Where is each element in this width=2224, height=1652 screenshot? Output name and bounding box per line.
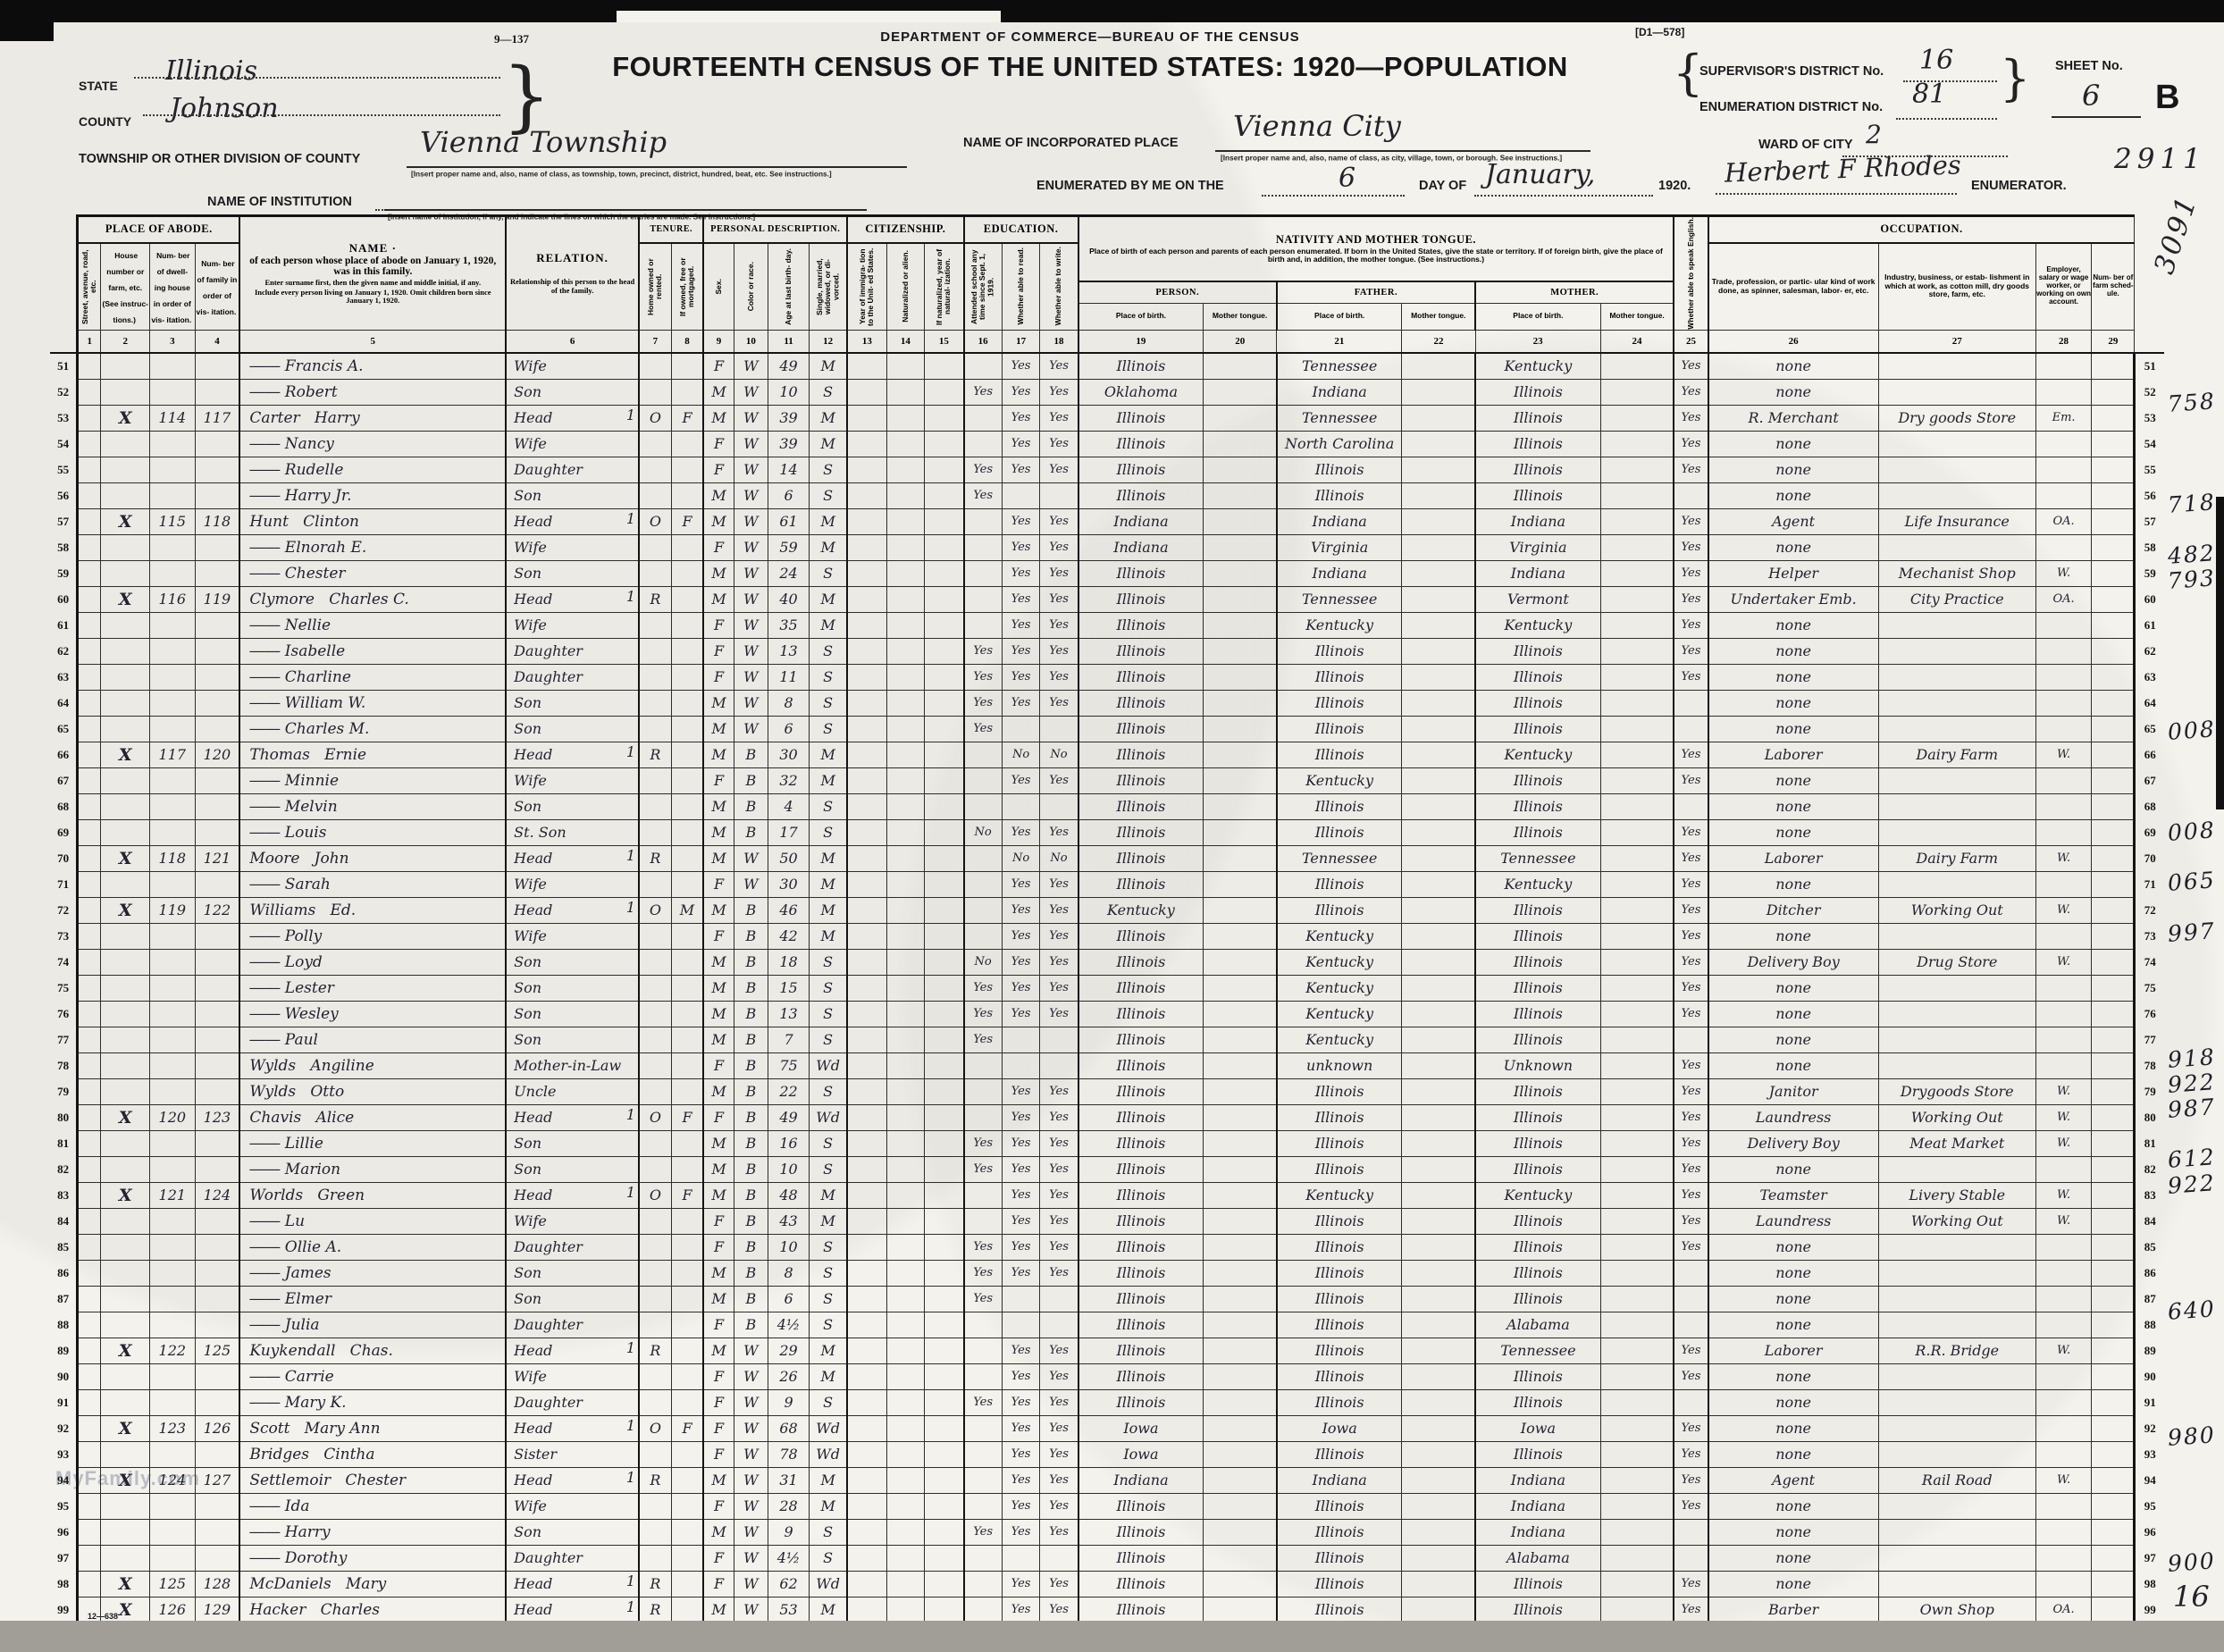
family-number-cell xyxy=(195,1027,239,1052)
occupation-cell: none xyxy=(1708,871,1878,897)
occupation-cell: none xyxy=(1708,1156,1878,1182)
relation-cell: Son xyxy=(506,1001,639,1027)
sex-cell: F xyxy=(703,1052,734,1078)
visited-mark-cell xyxy=(101,1312,150,1338)
age-cell: 49 xyxy=(768,1104,810,1130)
farm-schedule-cell xyxy=(2092,457,2135,482)
margin-number-60: 793 xyxy=(2167,565,2217,594)
employer-cell xyxy=(2035,1493,2091,1519)
school-cell xyxy=(964,1363,1003,1389)
mortgage-cell xyxy=(671,1286,703,1312)
naturalized-cell xyxy=(886,819,925,845)
race-cell: W xyxy=(734,845,768,871)
english-cell: Yes xyxy=(1674,457,1708,482)
father-birthplace-cell: Illinois xyxy=(1277,819,1402,845)
person-birthplace-cell: Kentucky xyxy=(1078,897,1204,923)
day-of-label: DAY OF xyxy=(1419,179,1466,193)
read-cell: Yes xyxy=(1002,431,1040,457)
name-cell: ―― Sarah xyxy=(239,871,506,897)
sex-column-header: Sex. xyxy=(703,243,734,331)
immigration-year-cell xyxy=(847,405,886,431)
immigration-year-cell xyxy=(847,923,886,949)
father-birthplace-cell: Illinois xyxy=(1277,1493,1402,1519)
family-number-cell xyxy=(195,534,239,560)
school-cell xyxy=(964,1312,1003,1338)
sex-cell: M xyxy=(703,379,734,405)
read-cell: Yes xyxy=(1002,767,1040,793)
employer-cell: W. xyxy=(2035,1078,2091,1104)
line-number-left: 88 xyxy=(50,1312,78,1338)
enumerated-month-line xyxy=(1474,195,1653,197)
industry-cell: Mechanist Shop xyxy=(1878,560,2035,586)
street-cell xyxy=(78,1182,101,1208)
relation-cell: Head1 xyxy=(506,1597,639,1623)
line-number-left: 63 xyxy=(50,664,78,690)
industry-cell xyxy=(1878,664,2035,690)
farm-schedule-cell xyxy=(2092,819,2135,845)
occupation-cell: Delivery Boy xyxy=(1708,1130,1878,1156)
english-cell xyxy=(1674,1312,1708,1338)
tenure-cell xyxy=(639,612,671,638)
name-cell: ―― Isabelle xyxy=(239,638,506,664)
age-cell: 10 xyxy=(768,1234,810,1260)
school-cell xyxy=(964,1338,1003,1363)
line-number-right: 62 xyxy=(2135,638,2164,664)
sex-cell: M xyxy=(703,1156,734,1182)
farm-schedule-cell xyxy=(2092,1545,2135,1571)
naturalized-cell xyxy=(886,379,925,405)
write-cell: Yes xyxy=(1040,690,1078,716)
write-cell: Yes xyxy=(1040,897,1078,923)
naturalization-year-cell xyxy=(925,508,964,534)
mother-tongue-cell xyxy=(1600,664,1674,690)
district-brace-right: } xyxy=(2000,50,2030,106)
name-cell: Worlds Green xyxy=(239,1182,506,1208)
write-cell: Yes xyxy=(1040,1597,1078,1623)
english-cell: Yes xyxy=(1674,975,1708,1001)
mortgage-cell xyxy=(671,1441,703,1467)
person-birthplace-cell: Illinois xyxy=(1078,845,1204,871)
relation-cell: Head1 xyxy=(506,1571,639,1597)
father-birthplace-cell: Indiana xyxy=(1277,379,1402,405)
nativity-title: NATIVITY AND MOTHER TONGUE. xyxy=(1079,233,1674,247)
dwelling-number-cell: 125 xyxy=(150,1571,195,1597)
visited-mark-cell xyxy=(101,1519,150,1545)
line-number-right: 57 xyxy=(2135,508,2164,534)
industry-cell xyxy=(1878,923,2035,949)
father-tongue-cell xyxy=(1402,664,1475,690)
line-number-left: 65 xyxy=(50,716,78,742)
street-cell xyxy=(78,1312,101,1338)
naturalization-year-cell xyxy=(925,431,964,457)
farm-schedule-cell xyxy=(2092,1078,2135,1104)
school-cell: Yes xyxy=(964,1027,1003,1052)
father-tongue-cell xyxy=(1402,819,1475,845)
employer-cell xyxy=(2035,1260,2091,1286)
visited-mark-cell xyxy=(101,431,150,457)
name-cell: ―― Lu xyxy=(239,1208,506,1234)
mortgage-cell xyxy=(671,353,703,380)
dwelling-number-cell xyxy=(150,690,195,716)
family-number-cell xyxy=(195,1156,239,1182)
father-tongue-cell xyxy=(1402,1027,1475,1052)
naturalization-year-cell xyxy=(925,1389,964,1415)
employer-cell xyxy=(2035,353,2091,380)
naturalization-year-cell xyxy=(925,1338,964,1363)
age-cell: 49 xyxy=(768,353,810,380)
father-tongue-cell xyxy=(1402,742,1475,767)
family-number-cell xyxy=(195,1078,239,1104)
census-row-71: 71―― SarahWifeFW30MYesYesIllinoisIllinoi… xyxy=(50,871,2164,897)
mother-tongue-cell xyxy=(1600,379,1674,405)
father-birthplace-cell: Kentucky xyxy=(1277,1001,1402,1027)
immigration-label: Year of immigra- tion to the Unit- ed St… xyxy=(859,246,875,328)
person-tongue-cell xyxy=(1204,1130,1277,1156)
occupation-cell: none xyxy=(1708,1415,1878,1441)
dwelling-number-cell: 126 xyxy=(150,1597,195,1623)
occupation-cell: none xyxy=(1708,1571,1878,1597)
read-cell: Yes xyxy=(1002,534,1040,560)
visited-mark-cell xyxy=(101,560,150,586)
visited-mark-cell: X xyxy=(101,1467,150,1493)
family-number-cell xyxy=(195,482,239,508)
age-cell: 42 xyxy=(768,923,810,949)
line-number-left: 71 xyxy=(50,871,78,897)
margin-number-72: 065 xyxy=(2167,867,2217,896)
write-cell: Yes xyxy=(1040,1182,1078,1208)
naturalization-year-cell xyxy=(925,1208,964,1234)
enumerated-month-value: January, xyxy=(1485,159,1595,190)
school-cell: Yes xyxy=(964,457,1003,482)
employer-cell xyxy=(2035,612,2091,638)
census-row-77: 77―― PaulSonMB7SYesIllinoisKentuckyIllin… xyxy=(50,1027,2164,1052)
head-one-mark: 1 xyxy=(626,847,635,864)
occupation-cell: Janitor xyxy=(1708,1078,1878,1104)
name-note-2: Include every person living on January 1… xyxy=(240,289,505,306)
race-cell: B xyxy=(734,793,768,819)
tenure-cell xyxy=(639,1286,671,1312)
occupation-cell: Barber xyxy=(1708,1597,1878,1623)
census-row-81: 81―― LillieSonMB16SYesYesYesIllinoisIlli… xyxy=(50,1130,2164,1156)
person-tongue-cell xyxy=(1204,975,1277,1001)
margin-number-99: 900 xyxy=(2167,1547,2217,1577)
english-cell: Yes xyxy=(1674,742,1708,767)
father-birthplace-cell: North Carolina xyxy=(1277,431,1402,457)
relation-cell: Head1 xyxy=(506,1338,639,1363)
mother-birthplace-cell: Illinois xyxy=(1475,379,1600,405)
dwelling-number-cell: 118 xyxy=(150,845,195,871)
family-number-cell xyxy=(195,793,239,819)
english-cell: Yes xyxy=(1674,897,1708,923)
line-number-left: 53 xyxy=(50,405,78,431)
immigration-year-cell xyxy=(847,534,886,560)
mortgage-cell xyxy=(671,1001,703,1027)
family-number-cell xyxy=(195,949,239,975)
sex-cell: F xyxy=(703,1493,734,1519)
marital-cell: S xyxy=(810,949,848,975)
line-number-right: 84 xyxy=(2135,1208,2164,1234)
marital-cell: Wd xyxy=(810,1052,848,1078)
person-tongue-cell xyxy=(1204,1234,1277,1260)
farm-schedule-cell xyxy=(2092,1027,2135,1052)
occupation-cell: none xyxy=(1708,1027,1878,1052)
marital-cell: M xyxy=(810,1182,848,1208)
naturalized-cell xyxy=(886,612,925,638)
supervisor-district-value: 16 xyxy=(1919,45,1953,76)
father-tongue-cell xyxy=(1402,1182,1475,1208)
margin-number-81: 987 xyxy=(2167,1094,2217,1123)
naturalized-cell xyxy=(886,845,925,871)
family-number-cell xyxy=(195,1208,239,1234)
read-cell: No xyxy=(1002,742,1040,767)
line-number-right: 54 xyxy=(2135,431,2164,457)
margin-number-57: 718 xyxy=(2167,489,2217,518)
father-birthplace-cell: unknown xyxy=(1277,1052,1402,1078)
industry-cell xyxy=(1878,871,2035,897)
english-cell: Yes xyxy=(1674,638,1708,664)
farm-schedule-cell xyxy=(2092,793,2135,819)
visited-mark-cell xyxy=(101,1389,150,1415)
person-tongue-cell xyxy=(1204,767,1277,793)
read-cell: Yes xyxy=(1002,923,1040,949)
street-cell xyxy=(78,534,101,560)
school-cell xyxy=(964,1597,1003,1623)
naturalization-year-cell xyxy=(925,1545,964,1571)
person-birthplace-cell: Illinois xyxy=(1078,1363,1204,1389)
scan-artifact-bottom xyxy=(0,1621,2224,1652)
read-cell: Yes xyxy=(1002,975,1040,1001)
mother-tongue-cell xyxy=(1600,1597,1674,1623)
sex-cell: M xyxy=(703,560,734,586)
name-cell: ―― Louis xyxy=(239,819,506,845)
sex-cell: M xyxy=(703,793,734,819)
family-number-cell xyxy=(195,431,239,457)
father-tongue-cell xyxy=(1402,793,1475,819)
visited-mark-cell xyxy=(101,1156,150,1182)
family-number-cell xyxy=(195,690,239,716)
occupation-cell: none xyxy=(1708,457,1878,482)
write-cell: Yes xyxy=(1040,1234,1078,1260)
line-number-left: 64 xyxy=(50,690,78,716)
industry-cell: Working Out xyxy=(1878,1208,2035,1234)
person-birthplace-cell: Illinois xyxy=(1078,1078,1204,1104)
mother-tongue-cell xyxy=(1600,1208,1674,1234)
race-cell: W xyxy=(734,716,768,742)
dwelling-number-cell xyxy=(150,353,195,380)
visited-mark-cell xyxy=(101,1234,150,1260)
person-tongue-cell xyxy=(1204,1027,1277,1052)
english-cell: Yes xyxy=(1674,871,1708,897)
naturalization-year-cell xyxy=(925,793,964,819)
street-cell xyxy=(78,1234,101,1260)
occupation-cell: Delivery Boy xyxy=(1708,949,1878,975)
person-tongue-cell xyxy=(1204,793,1277,819)
street-cell xyxy=(78,379,101,405)
census-row-70: 70X118121Moore JohnHead1RMW50MNoNoIllino… xyxy=(50,845,2164,871)
tenure-cell xyxy=(639,975,671,1001)
scan-artifact-corner xyxy=(0,0,54,41)
sex-cell: M xyxy=(703,845,734,871)
visited-mark-cell xyxy=(101,379,150,405)
father-birthplace-cell: Illinois xyxy=(1277,742,1402,767)
school-cell xyxy=(964,1415,1003,1441)
immigration-year-cell xyxy=(847,379,886,405)
line-number-left: 95 xyxy=(50,1493,78,1519)
abode-group-header: PLACE OF ABODE. xyxy=(78,216,240,243)
person-tongue-cell xyxy=(1204,1104,1277,1130)
census-row-79: 79Wylds OttoUncleMB22SYesYesIllinoisIlli… xyxy=(50,1078,2164,1104)
relation-cell: Son xyxy=(506,1156,639,1182)
mother-birthplace-cell: Indiana xyxy=(1475,1519,1600,1545)
line-number-right: 77 xyxy=(2135,1027,2164,1052)
line-number-right: 86 xyxy=(2135,1260,2164,1286)
supervisor-district-label: SUPERVISOR'S DISTRICT No. xyxy=(1699,64,1884,79)
person-birthplace-cell: Illinois xyxy=(1078,1493,1204,1519)
father-birthplace-cell: Tennessee xyxy=(1277,353,1402,380)
employer-cell xyxy=(2035,1156,2091,1182)
race-cell: W xyxy=(734,1519,768,1545)
occupation-cell: Ditcher xyxy=(1708,897,1878,923)
house-number-label: House number or farm, etc. (See instruc-… xyxy=(103,250,149,325)
race-cell: B xyxy=(734,1001,768,1027)
mortgage-cell: M xyxy=(671,897,703,923)
naturalization-year-cell xyxy=(925,742,964,767)
father-tongue-cell xyxy=(1402,560,1475,586)
naturalization-year-cell xyxy=(925,923,964,949)
occupation-cell: none xyxy=(1708,1312,1878,1338)
naturalized-cell xyxy=(886,1130,925,1156)
relation-cell: Daughter xyxy=(506,1312,639,1338)
dwelling-number-cell xyxy=(150,560,195,586)
english-cell xyxy=(1674,482,1708,508)
census-row-54: 54―― NancyWifeFW39MYesYesIllinoisNorth C… xyxy=(50,431,2164,457)
age-cell: 24 xyxy=(768,560,810,586)
relation-cell: Son xyxy=(506,560,639,586)
person-tongue-cell xyxy=(1204,457,1277,482)
race-cell: W xyxy=(734,560,768,586)
census-row-55: 55―― RudelleDaughterFW14SYesYesYesIllino… xyxy=(50,457,2164,482)
immigration-year-cell xyxy=(847,1260,886,1286)
mortgage-cell xyxy=(671,949,703,975)
english-cell: Yes xyxy=(1674,1182,1708,1208)
race-cell: W xyxy=(734,1441,768,1467)
column-number-11: 11 xyxy=(768,330,810,353)
mother-birthplace-cell: Illinois xyxy=(1475,1104,1600,1130)
immigration-year-cell xyxy=(847,431,886,457)
street-cell xyxy=(78,1156,101,1182)
english-cell: Yes xyxy=(1674,949,1708,975)
name-cell: ―― Robert xyxy=(239,379,506,405)
occupation-cell: none xyxy=(1708,482,1878,508)
age-cell: 4½ xyxy=(768,1312,810,1338)
father-pob-header: Place of birth. xyxy=(1277,303,1402,330)
naturalized-cell xyxy=(886,1001,925,1027)
naturalization-year-cell xyxy=(925,1519,964,1545)
father-birthplace-cell: Illinois xyxy=(1277,1338,1402,1363)
enumeration-line xyxy=(1896,118,1997,120)
naturalized-cell xyxy=(886,1389,925,1415)
person-tongue-cell xyxy=(1204,819,1277,845)
age-cell: 15 xyxy=(768,975,810,1001)
naturalization-year-cell xyxy=(925,1104,964,1130)
mother-birthplace-cell: Illinois xyxy=(1475,431,1600,457)
naturalization-year-cell xyxy=(925,1467,964,1493)
column-number-9: 9 xyxy=(703,330,734,353)
person-birthplace-cell: Illinois xyxy=(1078,871,1204,897)
person-birthplace-cell: Illinois xyxy=(1078,1182,1204,1208)
father-tongue-cell xyxy=(1402,975,1475,1001)
father-group-header: FATHER. xyxy=(1277,281,1475,303)
mother-tongue-cell xyxy=(1600,742,1674,767)
write-cell: Yes xyxy=(1040,871,1078,897)
marital-cell: S xyxy=(810,793,848,819)
father-tongue-cell xyxy=(1402,1338,1475,1363)
name-cell: ―― Wesley xyxy=(239,1001,506,1027)
enumeration-district-value: 81 xyxy=(1912,79,1946,110)
immigration-year-cell xyxy=(847,1130,886,1156)
occupation-cell: none xyxy=(1708,1519,1878,1545)
sex-cell: M xyxy=(703,716,734,742)
age-cell: 4 xyxy=(768,793,810,819)
industry-cell xyxy=(1878,1493,2035,1519)
naturalized-cell xyxy=(886,1571,925,1597)
mother-tongue-cell xyxy=(1600,1493,1674,1519)
english-cell: Yes xyxy=(1674,1467,1708,1493)
school-cell: Yes xyxy=(964,1156,1003,1182)
person-birthplace-cell: Illinois xyxy=(1078,1104,1204,1130)
line-number-left: 54 xyxy=(50,431,78,457)
mother-birthplace-cell: Tennessee xyxy=(1475,845,1600,871)
family-number-cell xyxy=(195,1286,239,1312)
person-group-header: PERSON. xyxy=(1078,281,1277,303)
dwelling-number-cell: 122 xyxy=(150,1338,195,1363)
employer-cell xyxy=(2035,664,2091,690)
name-cell: ―― Ollie A. xyxy=(239,1234,506,1260)
mother-tongue-cell xyxy=(1600,767,1674,793)
immigration-year-cell xyxy=(847,819,886,845)
street-column-header: Street, avenue, road, etc. xyxy=(78,243,101,331)
line-number-right: 71 xyxy=(2135,871,2164,897)
line-number-left: 90 xyxy=(50,1363,78,1389)
farm-schedule-label: Num- ber of farm sched- ule. xyxy=(2093,273,2133,298)
father-birthplace-cell: Kentucky xyxy=(1277,923,1402,949)
mother-birthplace-cell: Illinois xyxy=(1475,1286,1600,1312)
industry-cell xyxy=(1878,1545,2035,1571)
naturalized-cell xyxy=(886,586,925,612)
line-number-right: 59 xyxy=(2135,560,2164,586)
mother-tongue-cell xyxy=(1600,949,1674,975)
write-cell xyxy=(1040,482,1078,508)
dwelling-number-cell xyxy=(150,664,195,690)
race-cell: B xyxy=(734,1052,768,1078)
english-cell: Yes xyxy=(1674,1156,1708,1182)
sex-cell: F xyxy=(703,1389,734,1415)
english-cell: Yes xyxy=(1674,1338,1708,1363)
dwelling-number-cell xyxy=(150,534,195,560)
employer-cell xyxy=(2035,638,2091,664)
tenure-cell xyxy=(639,793,671,819)
name-cell: ―― Lester xyxy=(239,975,506,1001)
person-tongue-cell xyxy=(1204,1156,1277,1182)
farm-schedule-cell xyxy=(2092,871,2135,897)
immigration-year-cell xyxy=(847,508,886,534)
father-birthplace-cell: Illinois xyxy=(1277,1260,1402,1286)
census-row-84: 84―― LuWifeFB43MYesYesIllinoisIllinoisIl… xyxy=(50,1208,2164,1234)
english-cell: Yes xyxy=(1674,1597,1708,1623)
race-cell: W xyxy=(734,1571,768,1597)
read-cell: Yes xyxy=(1002,1338,1040,1363)
dwelling-number-cell xyxy=(150,612,195,638)
